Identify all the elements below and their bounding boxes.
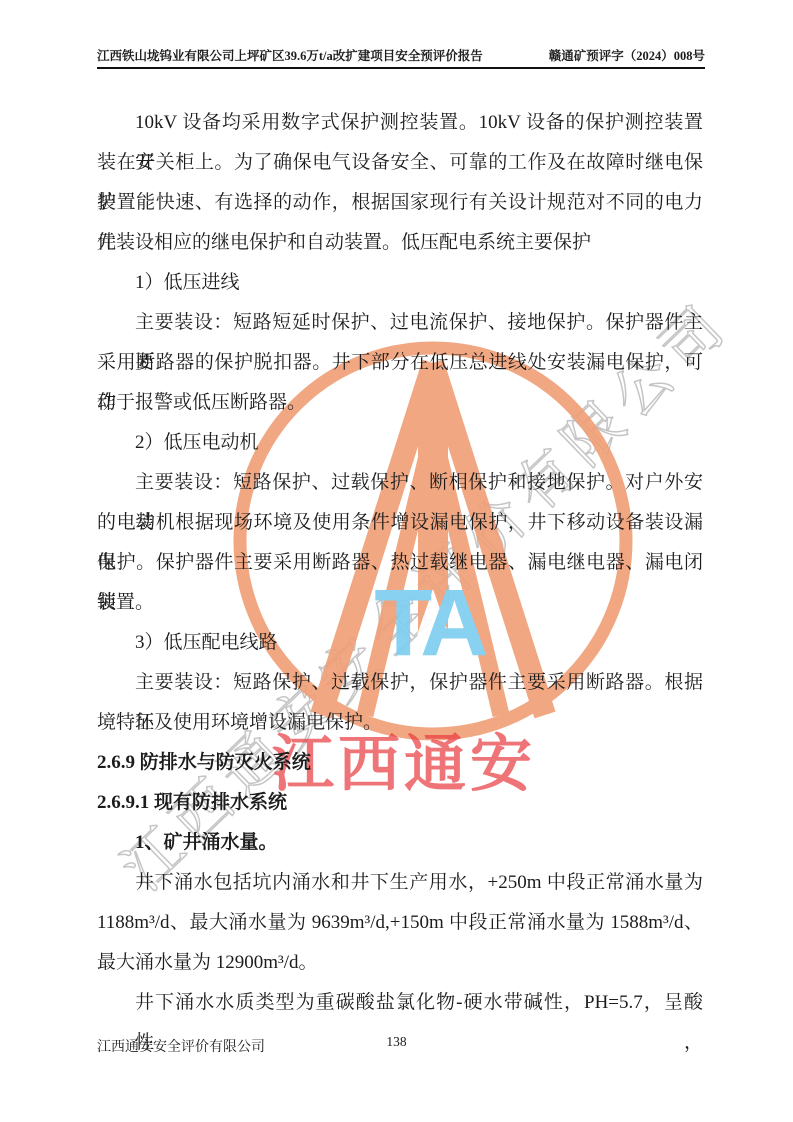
body-text-line: 井下涌水水质类型为重碳酸盐氯化物-硬水带碱性，PH=5.7，呈酸性， [97,983,703,1023]
body-text-line: 主要装设：短路保护、过载保护、断相保护和接地保护。对户外安装 [97,463,703,503]
body-text-line: 10kV 设备均采用数字式保护测控装置。10kV 设备的保护测控装置安 [97,103,703,143]
body-text-line: 主要装设：短路保护、过载保护，保护器件主要采用断路器。根据环 [97,663,703,703]
body-text-line: 件装设相应的继电保护和自动装置。低压配电系统主要保护 [97,223,703,263]
body-text-line: 的电动机根据现场环境及使用条件增设漏电保护，井下移动设备装设漏电 [97,503,703,543]
header-doc-number: 赣通矿预评字（2024）008号 [549,46,705,64]
document-body: 10kV 设备均采用数字式保护测控装置。10kV 设备的保护测控装置安装在开关柜… [97,103,703,1023]
body-text-line: 最大涌水量为 12900m³/d。 [97,943,703,983]
body-text-line: 2）低压电动机 [97,423,703,463]
body-text-line: 装置能快速、有选择的动作，根据国家现行有关设计规范对不同的电力元 [97,183,703,223]
header-report-title: 江西铁山垅钨业有限公司上坪矿区39.6万t/a改扩建项目安全预评价报告 [97,46,483,64]
page-header: 江西铁山垅钨业有限公司上坪矿区39.6万t/a改扩建项目安全预评价报告 赣通矿预… [97,46,705,69]
body-text-line: 1、矿井涌水量。 [97,823,703,863]
body-text-line: 1）低压进线 [97,263,703,303]
body-text-line: 境特征及使用环境增设漏电保护。 [97,703,703,743]
body-text-line: 采用断路器的保护脱扣器。井下部分在低压总进线处安装漏电保护，可动 [97,343,703,383]
body-text-line: 装在开关柜上。为了确保电气设备安全、可靠的工作及在故障时继电保护 [97,143,703,183]
body-text-line: 主要装设：短路短延时保护、过电流保护、接地保护。保护器件主要 [97,303,703,343]
heading-line: 2.6.9 防排水与防灭火系统 [97,743,703,783]
body-text-line: 1188m³/d、最大涌水量为 9639m³/d,+150m 中段正常涌水量为 … [97,903,703,943]
document-page: 江西铁山垅钨业有限公司上坪矿区39.6万t/a改扩建项目安全预评价报告 赣通矿预… [0,0,793,1122]
body-text-line: 装置。 [97,583,703,623]
body-text-line: 保护。保护器件主要采用断路器、热过载继电器、漏电继电器、漏电闭锁 [97,543,703,583]
body-text-line: 3）低压配电线路 [97,623,703,663]
heading-line: 2.6.9.1 现有防排水系统 [97,783,703,823]
body-text-line: 作于报警或低压断路器。 [97,383,703,423]
body-text-line: 井下涌水包括坑内涌水和井下生产用水，+250m 中段正常涌水量为 [97,863,703,903]
footer-page-number: 138 [0,1034,793,1050]
